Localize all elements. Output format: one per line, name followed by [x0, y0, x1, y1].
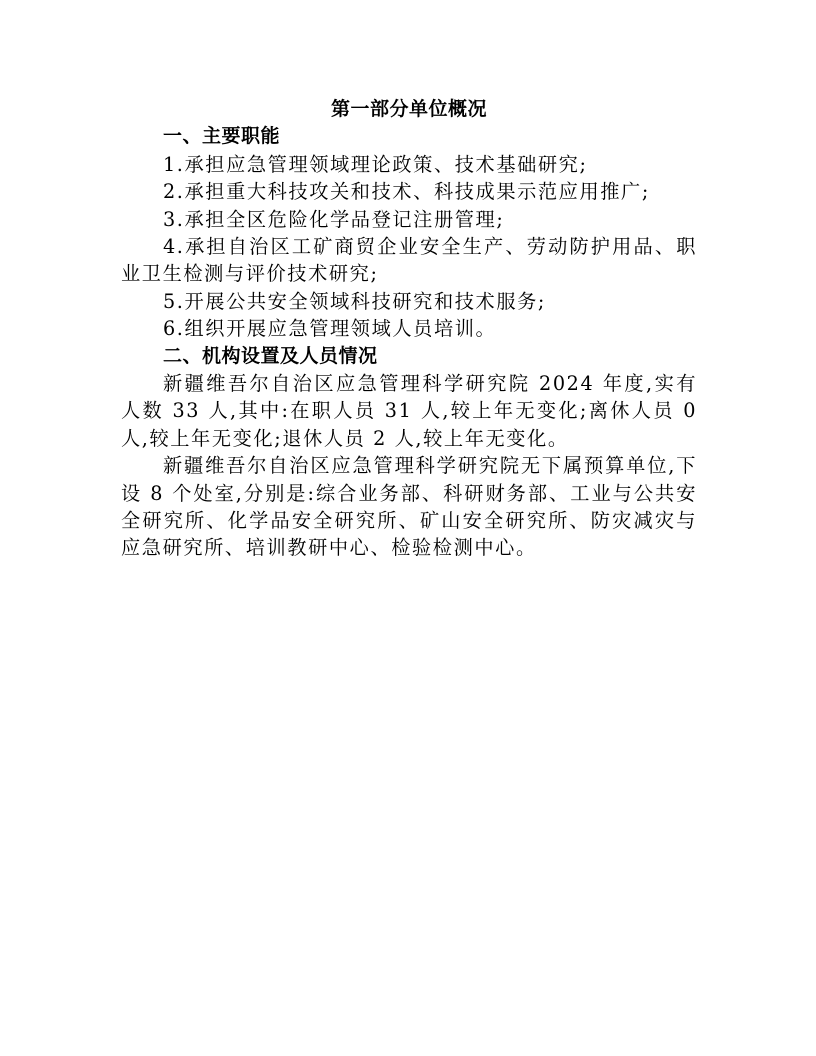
staffing-paragraph: 新疆维吾尔自治区应急管理科学研究院 2024 年度,实有人数 33 人,其中:在… — [121, 370, 697, 452]
function-item: 2.承担重大科技攻关和技术、科技成果示范应用推广; — [121, 178, 697, 205]
page-title: 第一部分单位概况 — [121, 96, 697, 123]
section-heading-organization: 二、机构设置及人员情况 — [121, 343, 697, 370]
departments-paragraph: 新疆维吾尔自治区应急管理科学研究院无下属预算单位,下设 8 个处室,分别是:综合… — [121, 452, 697, 562]
function-item: 6.组织开展应急管理领域人员培训。 — [121, 315, 697, 342]
function-item: 5.开展公共安全领域科技研究和技术服务; — [121, 288, 697, 315]
function-item: 3.承担全区危险化学品登记注册管理; — [121, 206, 697, 233]
function-item: 1.承担应急管理领域理论政策、技术基础研究; — [121, 151, 697, 178]
function-item: 4.承担自治区工矿商贸企业安全生产、劳动防护用品、职业卫生检测与评价技术研究; — [121, 233, 697, 288]
document-page: 第一部分单位概况 一、主要职能 1.承担应急管理领域理论政策、技术基础研究; 2… — [121, 96, 697, 562]
section-heading-main-functions: 一、主要职能 — [121, 123, 697, 150]
